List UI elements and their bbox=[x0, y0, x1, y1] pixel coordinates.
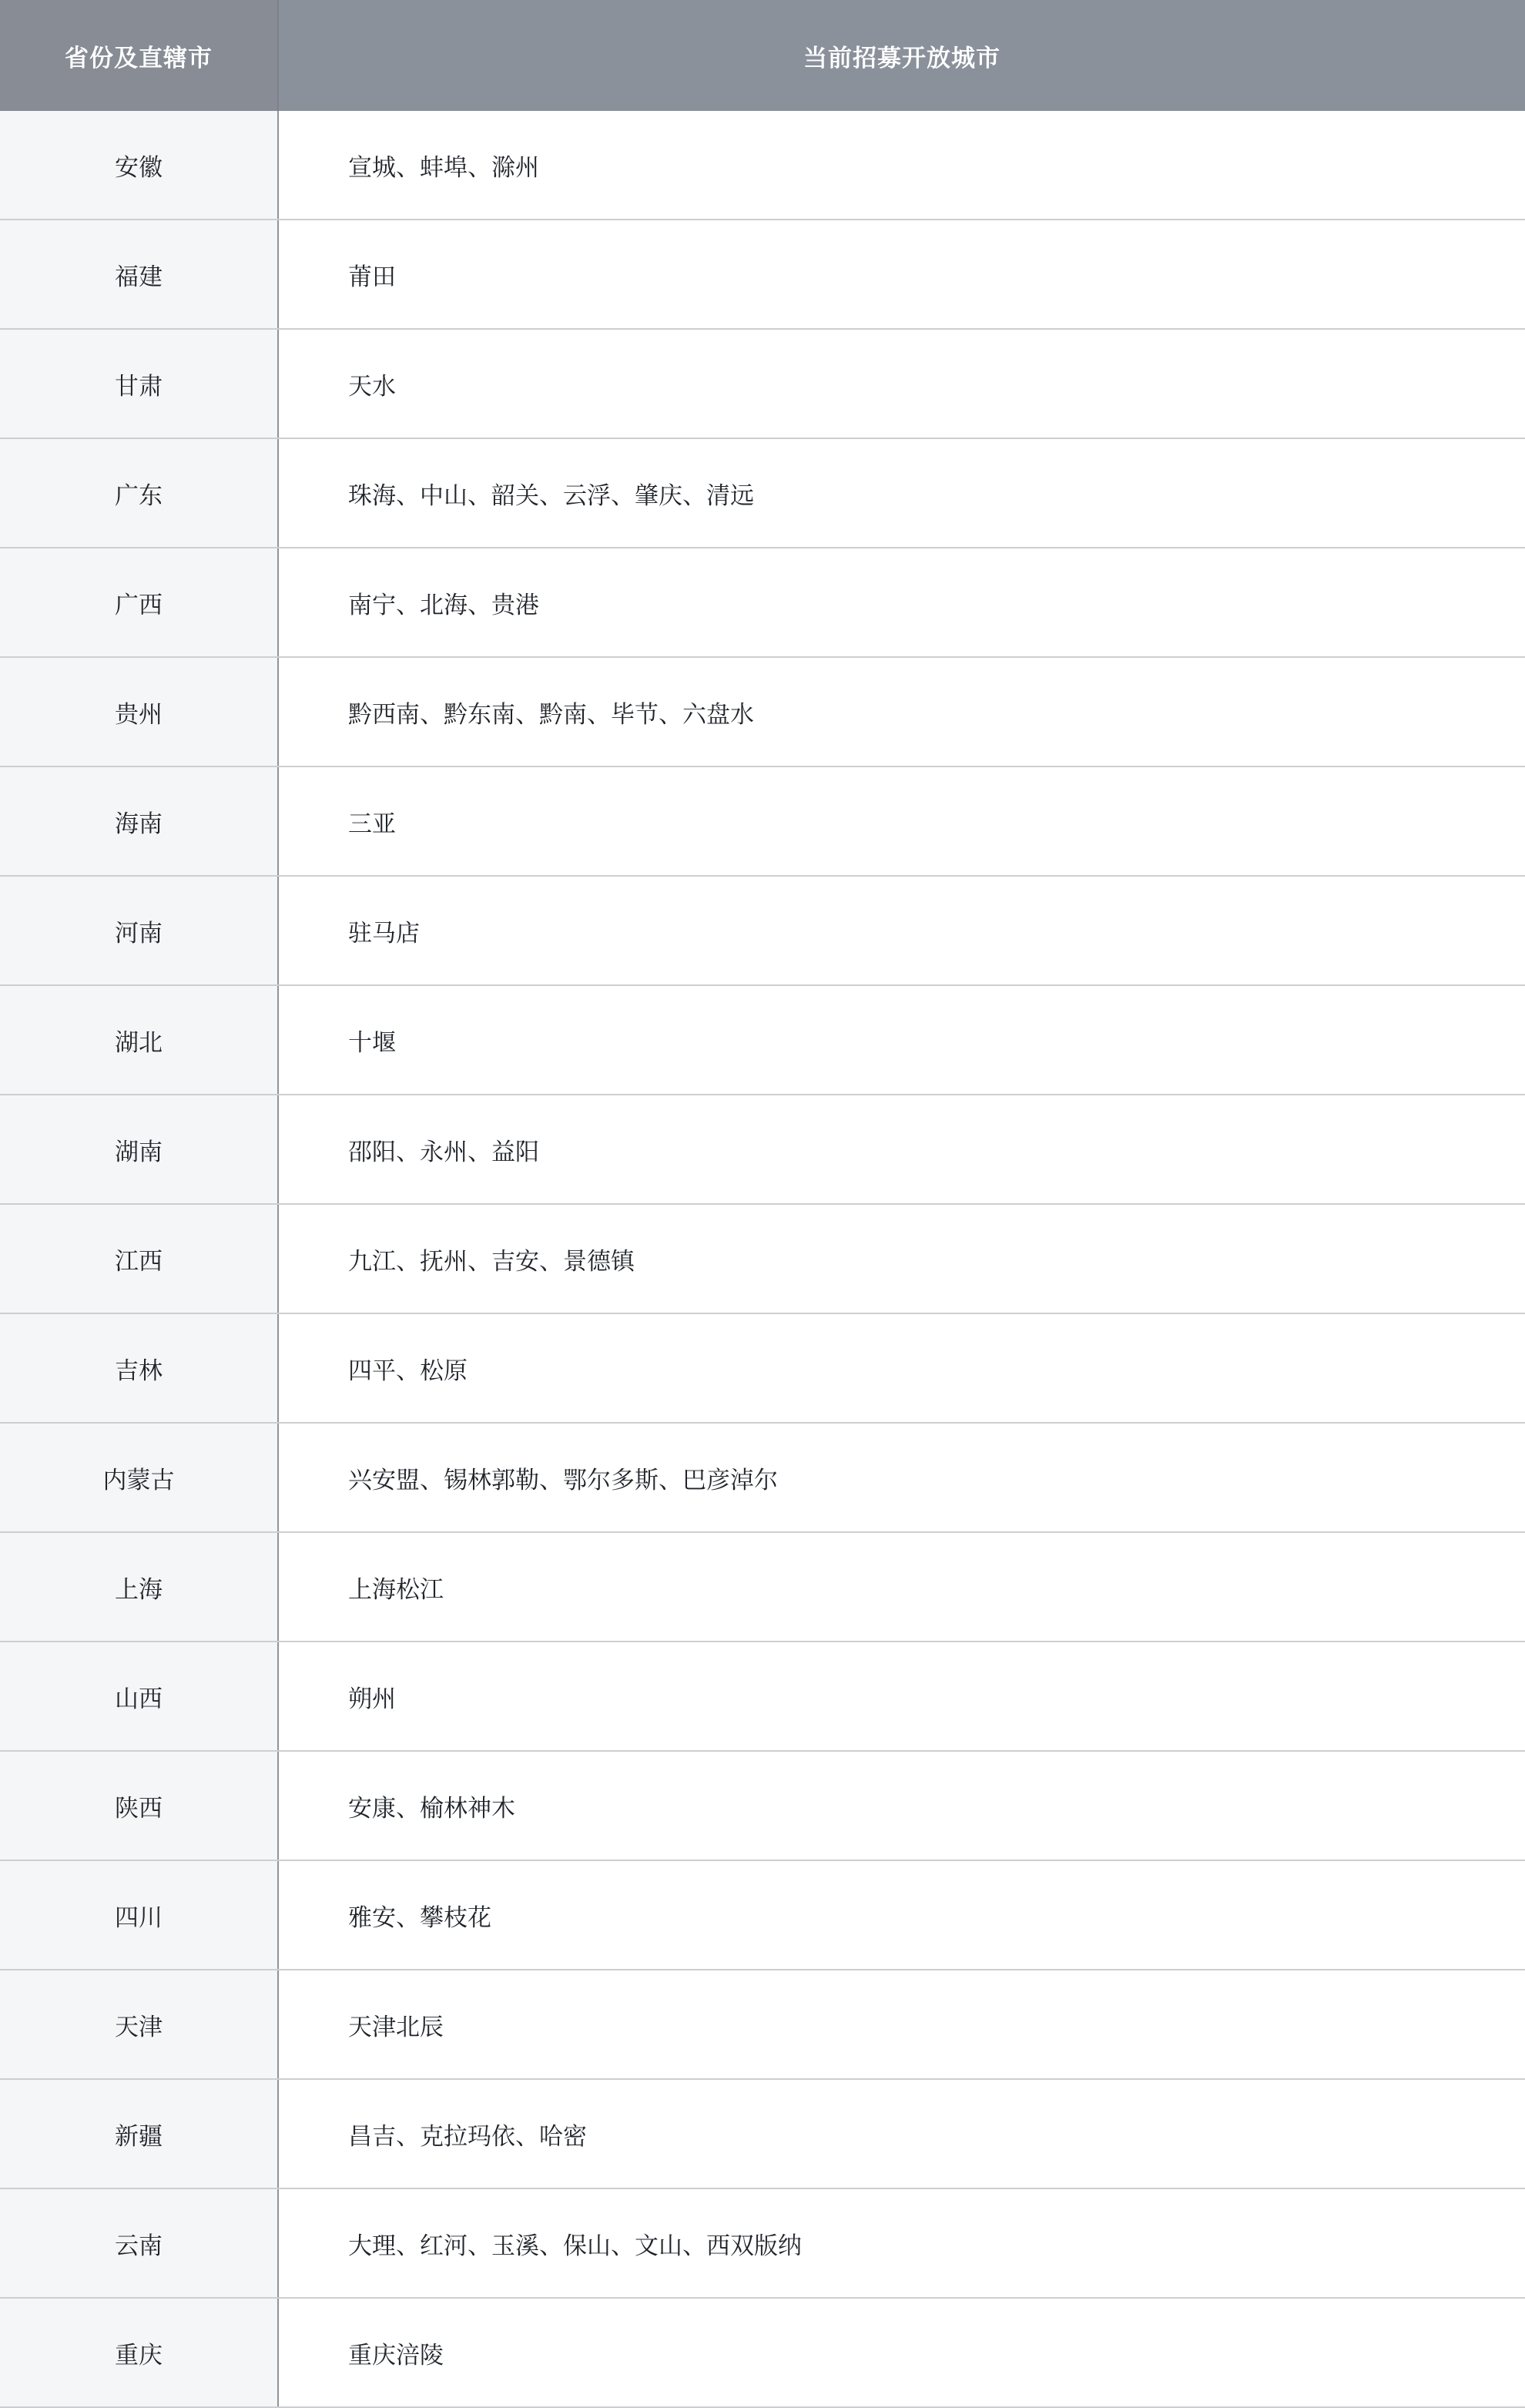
province-cell: 江西 bbox=[0, 1205, 279, 1313]
table-row: 湖北 十堰 bbox=[0, 986, 1525, 1095]
province-cell: 贵州 bbox=[0, 658, 279, 766]
open-cities-cell: 雅安、攀枝花 bbox=[279, 1861, 1525, 1969]
province-cell: 四川 bbox=[0, 1861, 279, 1969]
open-cities-cell: 邵阳、永州、益阳 bbox=[279, 1095, 1525, 1203]
open-cities-cell: 兴安盟、锡林郭勒、鄂尔多斯、巴彦淖尔 bbox=[279, 1424, 1525, 1531]
table-body: 安徽 宣城、蚌埠、滁州 福建 莆田 甘肃 天水 广东 珠海、中山、韶关、云浮、肇… bbox=[0, 111, 1525, 2408]
table-row: 吉林 四平、松原 bbox=[0, 1314, 1525, 1424]
table-row: 广东 珠海、中山、韶关、云浮、肇庆、清远 bbox=[0, 439, 1525, 548]
province-cell: 天津 bbox=[0, 1970, 279, 2078]
table-row: 天津 天津北辰 bbox=[0, 1970, 1525, 2080]
column-header-open-cities: 当前招募开放城市 bbox=[279, 0, 1525, 111]
table-row: 安徽 宣城、蚌埠、滁州 bbox=[0, 111, 1525, 220]
province-cell: 广东 bbox=[0, 439, 279, 547]
open-cities-cell: 上海松江 bbox=[279, 1533, 1525, 1641]
open-cities-cell: 安康、榆林神木 bbox=[279, 1752, 1525, 1860]
recruitment-cities-table: 省份及直辖市 当前招募开放城市 安徽 宣城、蚌埠、滁州 福建 莆田 甘肃 天水 … bbox=[0, 0, 1525, 2408]
open-cities-cell: 黔西南、黔东南、黔南、毕节、六盘水 bbox=[279, 658, 1525, 766]
province-cell: 内蒙古 bbox=[0, 1424, 279, 1531]
table-row: 海南 三亚 bbox=[0, 767, 1525, 877]
table-row: 上海 上海松江 bbox=[0, 1533, 1525, 1642]
open-cities-cell: 昌吉、克拉玛依、哈密 bbox=[279, 2080, 1525, 2188]
table-row: 广西 南宁、北海、贵港 bbox=[0, 548, 1525, 658]
province-cell: 吉林 bbox=[0, 1314, 279, 1422]
province-cell: 陕西 bbox=[0, 1752, 279, 1860]
open-cities-cell: 九江、抚州、吉安、景德镇 bbox=[279, 1205, 1525, 1313]
table-row: 新疆 昌吉、克拉玛依、哈密 bbox=[0, 2080, 1525, 2189]
province-cell: 新疆 bbox=[0, 2080, 279, 2188]
province-cell: 福建 bbox=[0, 220, 279, 328]
table-row: 甘肃 天水 bbox=[0, 330, 1525, 439]
table-header-row: 省份及直辖市 当前招募开放城市 bbox=[0, 0, 1525, 111]
table-row: 云南 大理、红河、玉溪、保山、文山、西双版纳 bbox=[0, 2189, 1525, 2299]
open-cities-cell: 珠海、中山、韶关、云浮、肇庆、清远 bbox=[279, 439, 1525, 547]
province-cell: 甘肃 bbox=[0, 330, 279, 438]
open-cities-cell: 驻马店 bbox=[279, 877, 1525, 984]
province-cell: 湖南 bbox=[0, 1095, 279, 1203]
table-row: 内蒙古 兴安盟、锡林郭勒、鄂尔多斯、巴彦淖尔 bbox=[0, 1424, 1525, 1533]
province-cell: 山西 bbox=[0, 1642, 279, 1750]
open-cities-cell: 大理、红河、玉溪、保山、文山、西双版纳 bbox=[279, 2189, 1525, 2297]
table-row: 山西 朔州 bbox=[0, 1642, 1525, 1752]
province-cell: 湖北 bbox=[0, 986, 279, 1094]
table-row: 陕西 安康、榆林神木 bbox=[0, 1752, 1525, 1861]
table-row: 重庆 重庆涪陵 bbox=[0, 2299, 1525, 2408]
open-cities-cell: 四平、松原 bbox=[279, 1314, 1525, 1422]
table-row: 贵州 黔西南、黔东南、黔南、毕节、六盘水 bbox=[0, 658, 1525, 767]
open-cities-cell: 重庆涪陵 bbox=[279, 2299, 1525, 2406]
table-row: 福建 莆田 bbox=[0, 220, 1525, 330]
open-cities-cell: 宣城、蚌埠、滁州 bbox=[279, 111, 1525, 219]
open-cities-cell: 南宁、北海、贵港 bbox=[279, 548, 1525, 656]
table-row: 湖南 邵阳、永州、益阳 bbox=[0, 1095, 1525, 1205]
open-cities-cell: 莆田 bbox=[279, 220, 1525, 328]
table-row: 江西 九江、抚州、吉安、景德镇 bbox=[0, 1205, 1525, 1314]
province-cell: 河南 bbox=[0, 877, 279, 984]
column-header-province: 省份及直辖市 bbox=[0, 0, 279, 111]
table-row: 四川 雅安、攀枝花 bbox=[0, 1861, 1525, 1970]
open-cities-cell: 十堰 bbox=[279, 986, 1525, 1094]
province-cell: 安徽 bbox=[0, 111, 279, 219]
open-cities-cell: 天津北辰 bbox=[279, 1970, 1525, 2078]
province-cell: 重庆 bbox=[0, 2299, 279, 2406]
province-cell: 海南 bbox=[0, 767, 279, 875]
province-cell: 云南 bbox=[0, 2189, 279, 2297]
province-cell: 广西 bbox=[0, 548, 279, 656]
open-cities-cell: 三亚 bbox=[279, 767, 1525, 875]
open-cities-cell: 天水 bbox=[279, 330, 1525, 438]
table-row: 河南 驻马店 bbox=[0, 877, 1525, 986]
province-cell: 上海 bbox=[0, 1533, 279, 1641]
open-cities-cell: 朔州 bbox=[279, 1642, 1525, 1750]
